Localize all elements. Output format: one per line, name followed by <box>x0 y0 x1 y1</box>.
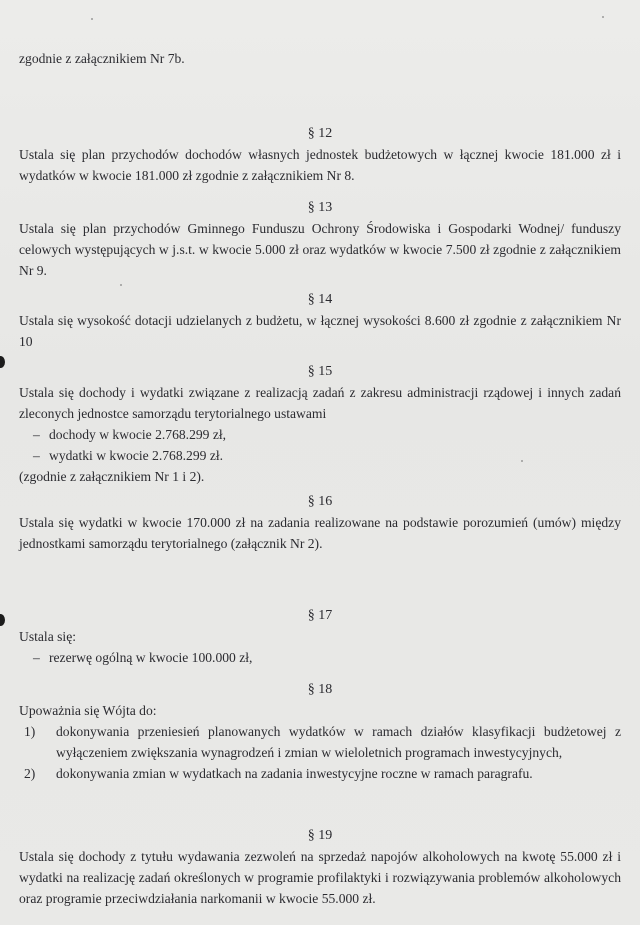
scanned-document-page: zgodnie z załącznikiem Nr 7b. § 12 Ustal… <box>0 0 640 925</box>
section-13: § 13 Ustala się plan przychodów Gminnego… <box>19 198 621 281</box>
section-text: Ustala się dochody z tytułu wydawania ze… <box>19 846 621 909</box>
list-item-text: dokonywania przeniesień planowanych wyda… <box>56 724 621 760</box>
list-item-text: dochody w kwocie 2.768.299 zł, <box>49 427 226 442</box>
intro-line: zgodnie z załącznikiem Nr 7b. <box>19 48 621 69</box>
section-number: § 17 <box>19 606 621 626</box>
list-item-text: dokonywania zmian w wydatkach na zadania… <box>56 766 533 781</box>
number-marker: 1) <box>24 721 35 742</box>
section-14: § 14 Ustala się wysokość dotacji udziela… <box>19 290 621 352</box>
section-text: Upoważnia się Wójta do: <box>19 700 621 721</box>
dash-bullet: – <box>33 647 40 668</box>
list-item: – wydatki w kwocie 2.768.299 zł. <box>19 445 621 466</box>
punch-hole-mark <box>0 614 5 626</box>
list-item: – rezerwę ogólną w kwocie 100.000 zł, <box>19 647 621 668</box>
scan-speck <box>120 284 122 286</box>
section-number: § 15 <box>19 362 621 382</box>
section-17: § 17 Ustala się: – rezerwę ogólną w kwoc… <box>19 606 621 668</box>
list-item: 1) dokonywania przeniesień planowanych w… <box>19 721 621 763</box>
section-18: § 18 Upoważnia się Wójta do: 1) dokonywa… <box>19 680 621 784</box>
scan-speck <box>602 16 604 18</box>
section-text: Ustala się wydatki w kwocie 170.000 zł n… <box>19 512 621 554</box>
section-text: Ustala się: <box>19 626 621 647</box>
section-number: § 14 <box>19 290 621 310</box>
section-text: Ustala się wysokość dotacji udzielanych … <box>19 310 621 352</box>
section-16: § 16 Ustala się wydatki w kwocie 170.000… <box>19 492 621 554</box>
section-15: § 15 Ustala się dochody i wydatki związa… <box>19 362 621 487</box>
section-text: Ustala się plan przychodów dochodów włas… <box>19 144 621 186</box>
list-item-text: rezerwę ogólną w kwocie 100.000 zł, <box>49 650 252 665</box>
list-item: – dochody w kwocie 2.768.299 zł, <box>19 424 621 445</box>
section-number: § 18 <box>19 680 621 700</box>
section-12: § 12 Ustala się plan przychodów dochodów… <box>19 124 621 186</box>
section-19: § 19 Ustala się dochody z tytułu wydawan… <box>19 826 621 909</box>
section-number: § 13 <box>19 198 621 218</box>
section-number: § 12 <box>19 124 621 144</box>
section-text: Ustala się dochody i wydatki związane z … <box>19 382 621 424</box>
section-text: Ustala się plan przychodów Gminnego Fund… <box>19 218 621 281</box>
section-footer: (zgodnie z załącznikiem Nr 1 i 2). <box>19 466 621 487</box>
dash-bullet: – <box>33 424 40 445</box>
section-number: § 19 <box>19 826 621 846</box>
section-number: § 16 <box>19 492 621 512</box>
dash-bullet: – <box>33 445 40 466</box>
list-item-text: wydatki w kwocie 2.768.299 zł. <box>49 448 223 463</box>
list-item: 2) dokonywania zmian w wydatkach na zada… <box>19 763 621 784</box>
scan-speck <box>91 18 93 20</box>
number-marker: 2) <box>24 763 35 784</box>
punch-hole-mark <box>0 356 5 368</box>
